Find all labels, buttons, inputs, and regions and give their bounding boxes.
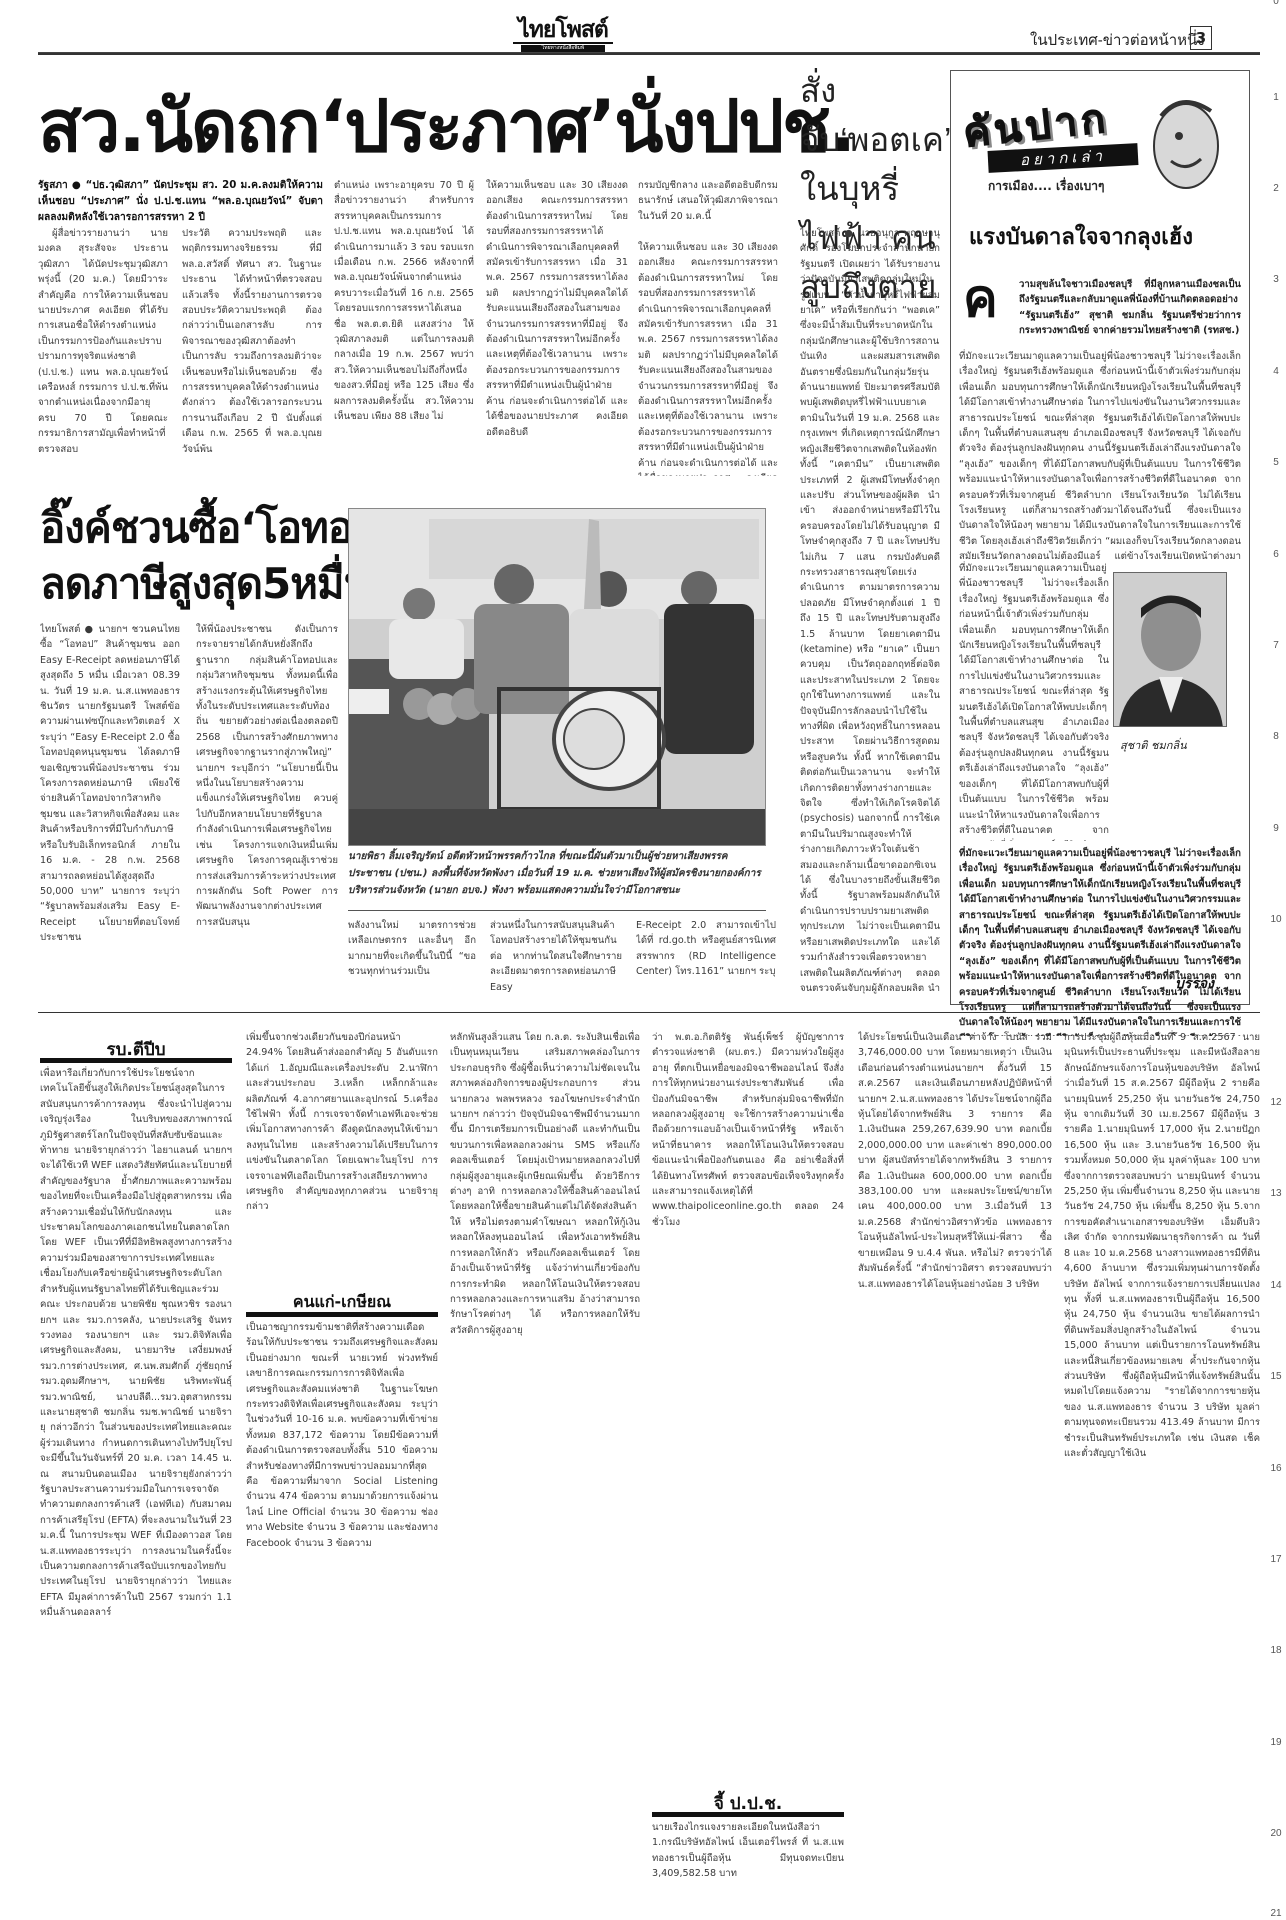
story4-column-1: เพื่อหารือเกี่ยวกับการใช้ประโยชน์จากเทคโ… bbox=[40, 1066, 232, 1920]
columnist-photo-caption: สุชาติ ชมกลิ่น bbox=[1120, 736, 1187, 754]
campaign-photo-caption: นายพิธา ลิ้มเจริญรัตน์ อดีตหัวหน้าพรรคก้… bbox=[348, 848, 766, 899]
column-intro: วามสุขล้นใจชาวเมืองชลบุรี ที่มีลูกหลานเม… bbox=[1019, 277, 1241, 337]
story3-column-2: ให้พี่น้องประชาชน ดังเป็นการกระจายรายได้… bbox=[196, 622, 338, 1000]
section-divider bbox=[38, 1012, 1260, 1013]
story1-column-4: ให้ความเห็นชอบ และ 30 เสียงงดออกเสียง คณ… bbox=[486, 178, 628, 476]
column-logo: คันปาก อยากเล่า การเมือง.... เรื่องเบาๆ bbox=[963, 93, 1163, 203]
story4-column-4: ว่า พ.ต.อ.กิตติรัฐ พันธุ์เพ็ชร์ ผู้บัญชา… bbox=[652, 1030, 844, 1770]
story3-column-3: พลังงานใหม่ มาตรการช่วยเหลือเกษตรกร และอ… bbox=[348, 918, 476, 1000]
story3-column-5: E-Receipt 2.0 สามารถเข้าไปได้ที่ rd.go.t… bbox=[636, 918, 776, 1000]
drop-cap: ค bbox=[963, 271, 998, 327]
column-body-mid: ที่มักจะแวะเวียนมาดูแลความเป็นอยู่พี่น้อ… bbox=[959, 561, 1109, 841]
section-label: ในประเทศ-ข่าวต่อหน้าหนึ่ง bbox=[1030, 28, 1205, 52]
story4-column-2: เพิ่มขึ้นจากช่วงเดียวกันของปีก่อนหน้า 24… bbox=[246, 1030, 438, 1280]
story1-lead: รัฐสภา ● “ปธ.วุฒิสภา” นัดประชุม สว. 20 ม… bbox=[38, 178, 323, 226]
box-title-rule bbox=[40, 1058, 232, 1063]
newspaper-logo: ไทยโพสต์ ไทยทางหนังสือพิมพ์ bbox=[513, 18, 613, 52]
story3-column-1: ไทยโพสต์ ● นายกฯ ชวนคนไทยซื้อ “โอทอป” สิ… bbox=[40, 622, 180, 1000]
box-title-rule bbox=[246, 1312, 438, 1317]
campaign-photo bbox=[348, 508, 766, 846]
story4-column-3: หลักพันสูงลิ่วแสน โดย ก.ล.ต. ระงับสินเชื… bbox=[450, 1030, 640, 1920]
page-number: 3 bbox=[1190, 26, 1212, 50]
cartoon-face-icon bbox=[1141, 91, 1221, 201]
box-title-rule bbox=[652, 1812, 844, 1817]
story4-column-5: ได้ประโยชน์เป็นเงินเดือน ค่าจ้าง โบนัส ร… bbox=[858, 1030, 1052, 1920]
column-body-top: ที่มักจะแวะเวียนมาดูแลความเป็นอยู่พี่น้อ… bbox=[959, 349, 1241, 559]
story4-column-6: การประชุมผู้ถือหุ้นเมื่อวันที่ 9 ส.ค.256… bbox=[1064, 1030, 1260, 1920]
story1-column-5-cont: ให้ความเห็นชอบ และ 30 เสียงงดออกเสียง คณ… bbox=[638, 240, 778, 476]
column-title: แรงบันดาลใจจากลุงเฮ้ง bbox=[969, 219, 1193, 254]
masthead-rule bbox=[38, 52, 1260, 55]
story1-column-5: กรมบัญชีกลาง และอดีตอธิบดีกรมธนารักษ์ เส… bbox=[638, 178, 778, 238]
story3-headline: อิ๊งค์ชวนซื้อ‘โอทอป’ ลดภาษีสูงสุด5หมื่น bbox=[40, 500, 393, 612]
column-signoff: บรรจง bbox=[1175, 973, 1214, 995]
story1-column-1: ผู้สื่อข่าวรายงานว่า นายมงคล สุระสัจจะ ป… bbox=[38, 226, 168, 476]
column-body-quote: ที่มักจะแวะเวียนมาดูแลความเป็นอยู่พี่น้อ… bbox=[959, 846, 1241, 1036]
story2-body: ไทยโพสต์ ● นายอนุกูล พฤกษานุศักดิ์ รองโฆ… bbox=[800, 226, 940, 996]
story4-column-4b: นายเรืองไกรแจงรายละเอียดในหนังสือว่า 1.ก… bbox=[652, 1820, 844, 1920]
story1-column-2: ประวัติ ความประพฤติ และพฤติกรรมทางจริยธร… bbox=[182, 226, 322, 476]
caption-rule bbox=[348, 910, 766, 911]
page-ruler: 0 1 2 3 4 5 6 7 8 9 10 12 13 14 15 16 17… bbox=[1266, 0, 1286, 1920]
opinion-column-box: คันปาก อยากเล่า การเมือง.... เรื่องเบาๆ … bbox=[950, 70, 1250, 1005]
lead-headline: สว.นัดถก‘ประภาศ’นั่งปปช. bbox=[38, 78, 854, 174]
story1-column-3: ตำแหน่ง เพราะอายุครบ 70 ปี ผู้สื่อข่าวรา… bbox=[334, 178, 474, 476]
story4-column-2b: เป็นอาชญากรรมข้ามชาติที่สร้างความเดือดร้… bbox=[246, 1320, 438, 1920]
story3-column-4: ส่วนหนึ่งในการสนับสนุนสินค้าโอทอปสร้างรา… bbox=[490, 918, 622, 1000]
columnist-subject-photo bbox=[1113, 572, 1227, 727]
